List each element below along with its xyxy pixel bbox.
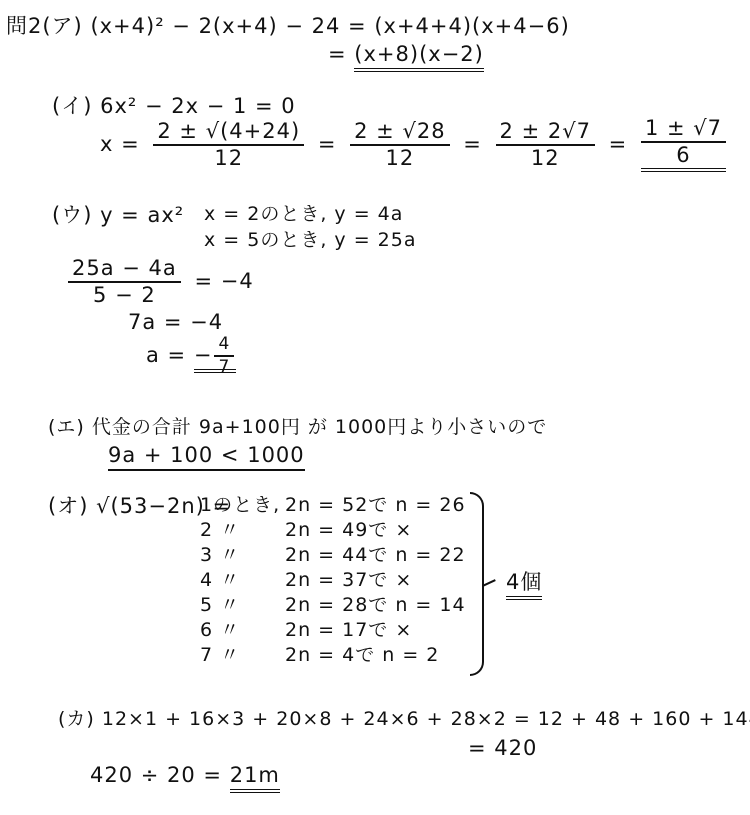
- q-b-label: (イ): [52, 94, 92, 118]
- q-f-answer: 21m: [230, 763, 280, 793]
- q-f-label: (カ): [58, 708, 95, 730]
- q-b-line2: x = 2 ± √(4+24)12 = 2 ± √2812 = 2 ± 2√71…: [100, 118, 732, 172]
- q-a-label: 問2(ア): [6, 14, 83, 38]
- q-d-answer-line: 9a + 100 < 1000: [108, 445, 305, 466]
- fraction-2: 2 ± √2812: [350, 121, 449, 169]
- x-equals: x =: [100, 132, 140, 156]
- q-f-expression: 12×1 + 16×3 + 20×8 + 24×6 + 28×2 = 12 + …: [102, 708, 750, 730]
- q-a-expression: (x+4)² − 2(x+4) − 24 = (x+4+4)(x+4−6): [90, 14, 569, 38]
- q-c-line1: (ウ) y = ax²: [52, 205, 184, 226]
- q-c-rate: 25a − 4a5 − 2 = −4: [62, 258, 254, 306]
- q-d-text: 代金の合計 9a+100円 が 1000円より小さいので: [92, 416, 547, 438]
- q-d-line1: (エ) 代金の合計 9a+100円 が 1000円より小さいので: [48, 418, 547, 437]
- q-b-equation: 6x² − 2x − 1 = 0: [100, 94, 296, 118]
- fraction-3: 2 ± 2√712: [496, 121, 595, 169]
- q-e-answer-line: 4個: [506, 572, 542, 593]
- q-c-answer-line: a = −47: [146, 336, 236, 376]
- q-d-label: (エ): [48, 416, 85, 438]
- q-c-step: 7a = −4: [128, 312, 223, 333]
- q-e-label: (オ): [48, 494, 88, 518]
- q-e-answer: 4個: [506, 570, 542, 600]
- q-f-line1: (カ) 12×1 + 16×3 + 20×8 + 24×6 + 28×2 = 1…: [58, 710, 750, 729]
- q-c-answer: −47: [194, 343, 236, 373]
- q-c-function: y = ax²: [100, 203, 184, 227]
- rate-fraction: 25a − 4a5 − 2: [68, 258, 181, 306]
- q-f-line2: = 420: [468, 738, 537, 759]
- q-d-answer: 9a + 100 < 1000: [108, 443, 305, 471]
- q-c-cond1: x = 2のとき, y = 4a: [204, 205, 403, 224]
- q-a-line2: = (x+8)(x−2): [328, 44, 484, 65]
- brace-tip: [482, 579, 496, 587]
- q-f-line3: 420 ÷ 20 = 21m: [90, 765, 280, 786]
- q-c-cond2: x = 5のとき, y = 25a: [204, 231, 416, 250]
- q-a-answer: (x+8)(x−2): [354, 42, 484, 72]
- q-c-label: (ウ): [52, 203, 92, 227]
- equals-sign: =: [328, 42, 347, 66]
- fraction-1: 2 ± √(4+24)12: [153, 121, 304, 169]
- q-b-line1: (イ) 6x² − 2x − 1 = 0: [52, 96, 296, 117]
- q-b-answer: 1 ± √76: [641, 118, 726, 172]
- q-a-line1: 問2(ア) (x+4)² − 2(x+4) − 24 = (x+4+4)(x+4…: [6, 16, 570, 37]
